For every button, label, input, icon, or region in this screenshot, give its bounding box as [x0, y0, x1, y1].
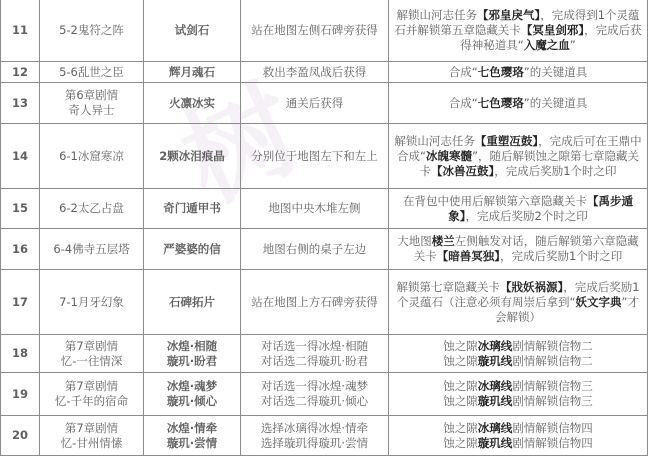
use-text: 剧情解锁信物四 — [512, 421, 593, 435]
use-line: 蚀之隙冰璃线剧情解锁信物二 — [393, 339, 643, 354]
row-number: 15 — [1, 189, 40, 229]
use-cell: 蚀之隙冰璃线剧情解锁信物三蚀之隙璇玑线剧情解锁信物三 — [389, 373, 648, 416]
location-cell: 站在地图左侧石碑旁获得 — [241, 0, 389, 62]
use-cell: 合成“七色璎珞”的关键道具 — [389, 83, 648, 124]
item-cell: 2颗冰泪痕晶 — [144, 124, 241, 189]
row-number: 14 — [1, 124, 40, 189]
location-line: 对话选一得冰煌·魂梦 — [245, 379, 384, 394]
keyword: 【暗兽冥独】 — [437, 249, 500, 263]
level-line: 奇人异士 — [44, 103, 139, 118]
item-line: 奇门遁甲书 — [148, 201, 236, 216]
use-text: 蚀之隙 — [443, 436, 478, 450]
use-text: 蚀之隙 — [443, 421, 478, 435]
keyword: 七色璎珞 — [478, 96, 524, 110]
location-line: 对话选一得冰煌·相随 — [245, 339, 384, 354]
table-row: 13第6章剧情奇人异士火凛冰实通关后获得合成“七色璎珞”的关键道具 — [1, 83, 648, 124]
item-cell: 冰煌·魂梦璇玑·倾心 — [144, 373, 241, 416]
level-line: 第6章剧情 — [44, 88, 139, 103]
use-cell: 合成“七色璎珞”的关键道具 — [389, 62, 648, 83]
keyword: 【重塑冱鼓】 — [475, 134, 538, 148]
location-line: 对话选二得璇玑·倾心 — [245, 394, 384, 409]
row-number: 17 — [1, 270, 40, 335]
level-cell: 5-6乱世之臣 — [40, 62, 144, 83]
row-number: 13 — [1, 83, 40, 124]
use-text: 解锁山河志任务 — [394, 134, 475, 148]
keyword: 楼兰 — [432, 234, 455, 248]
use-cell: 蚀之隙冰璃线剧情解锁信物四蚀之隙璇玑线剧情解锁信物四 — [389, 416, 648, 456]
use-text: 在背包中使用后解锁第六章隐藏关卡 — [403, 194, 587, 208]
use-line: 蚀之隙冰璃线剧情解锁信物三 — [393, 379, 643, 394]
location-line: 选择冰璃得冰煌·情牵 — [245, 421, 384, 436]
level-cell: 6-4佛寺五层塔 — [40, 229, 144, 270]
item-cell: 辉月魂石 — [144, 62, 241, 83]
row-number: 20 — [1, 416, 40, 456]
location-line: 站在地图左侧石碑旁获得 — [245, 23, 384, 38]
location-cell: 地图中央木堆左侧 — [241, 189, 389, 229]
location-cell: 对话选一得冰煌·魂梦对话选二得璇玑·倾心 — [241, 373, 389, 416]
level-cell: 7-1月牙幻象 — [40, 270, 144, 335]
item-line: 试剑石 — [148, 23, 236, 38]
level-cell: 第7章剧情忆-千年的宿命 — [40, 373, 144, 416]
use-cell: 蚀之隙冰璃线剧情解锁信物二蚀之隙璇玑线剧情解锁信物二 — [389, 335, 648, 373]
location-line: 通关后获得 — [245, 96, 384, 111]
level-line: 7-1月牙幻象 — [44, 295, 139, 310]
row-number: 12 — [1, 62, 40, 83]
level-cell: 5-2鬼符之阵 — [40, 0, 144, 62]
use-cell: 在背包中使用后解锁第六章隐藏关卡【禹步遁象】，完成后奖励2个时之印 — [389, 189, 648, 229]
use-text: 剧情解锁信物三 — [512, 379, 593, 393]
table-row: 166-4佛寺五层塔严婆婆的信地图右侧的桌子左边大地图楼兰左侧触发对话，随后解锁… — [1, 229, 648, 270]
use-text: ，完成后奖励1个时之印 — [494, 164, 616, 178]
use-text: 大地图 — [397, 234, 432, 248]
use-text: 解锁第七章隐藏关卡 — [396, 280, 500, 294]
item-cell: 火凛冰实 — [144, 83, 241, 124]
use-text: 剧情解锁信物三 — [512, 394, 593, 408]
level-line: 第7章剧情 — [44, 379, 139, 394]
location-cell: 对话选一得冰煌·相随对话选二得璇玑·盼君 — [241, 335, 389, 373]
use-line: 蚀之隙璇玑线剧情解锁信物四 — [393, 436, 643, 451]
location-cell: 救出李盈凤战后获得 — [241, 62, 389, 83]
use-line: 蚀之隙冰璃线剧情解锁信物四 — [393, 421, 643, 436]
use-text: 蚀之隙 — [443, 394, 478, 408]
use-text: 合成“ — [449, 65, 478, 79]
level-line: 第7章剧情 — [44, 421, 139, 436]
item-line: 冰煌·相随 — [148, 339, 236, 354]
item-line: 严婆婆的信 — [148, 242, 236, 257]
location-line: 分别位于地图左下和左上 — [245, 149, 384, 164]
row-number: 19 — [1, 373, 40, 416]
item-cell: 冰煌·情牵璇玑·尝情 — [144, 416, 241, 456]
use-text: 解锁山河志任务 — [396, 8, 477, 22]
level-cell: 第7章剧情忆-甘州情愫 — [40, 416, 144, 456]
table-row: 115-2鬼符之阵试剑石站在地图左侧石碑旁获得解锁山河志任务【邪皇戾气】，完成得… — [1, 0, 648, 62]
table-row: 125-6乱世之臣辉月魂石救出李盈凤战后获得合成“七色璎珞”的关键道具 — [1, 62, 648, 83]
location-cell: 地图右侧的桌子左边 — [241, 229, 389, 270]
keyword: 七色璎珞 — [478, 65, 524, 79]
level-cell: 6-2太乙占盘 — [40, 189, 144, 229]
item-cell: 石碑拓片 — [144, 270, 241, 335]
location-cell: 选择冰璃得冰煌·情牵选择璇玑得璇玑·尝情 — [241, 416, 389, 456]
item-line: 冰煌·魂梦 — [148, 379, 236, 394]
location-line: 救出李盈凤战后获得 — [245, 65, 384, 80]
keyword: 【邪皇戾气】 — [477, 8, 540, 22]
table-row: 20第7章剧情忆-甘州情愫冰煌·情牵璇玑·尝情选择冰璃得冰煌·情牵选择璇玑得璇玑… — [1, 416, 648, 456]
level-line: 忆-千年的宿命 — [44, 394, 139, 409]
use-text: ” — [570, 38, 576, 52]
use-cell: 解锁第七章隐藏关卡【戕妖祸源】，完成后奖励1个灵蕴石（注意必须有周崇后拿到“妖文… — [389, 270, 648, 335]
keyword: 璇玑线 — [478, 394, 513, 408]
level-line: 忆-一往情深 — [44, 354, 139, 369]
use-text: 剧情解锁信物二 — [512, 354, 593, 368]
use-cell: 解锁山河志任务【重塑冱鼓】，完成后可在王鼎中合成“冰魄寒髓”，随后解锁蚀之隙第七… — [389, 124, 648, 189]
item-line: 璇玑·倾心 — [148, 394, 236, 409]
row-number: 11 — [1, 0, 40, 62]
keyword: 冰璃线 — [478, 379, 513, 393]
use-text: ，完成后奖励1个时之印 — [500, 249, 622, 263]
level-line: 忆-甘州情愫 — [44, 436, 139, 451]
keyword: 冰璃线 — [478, 421, 513, 435]
level-line: 5-2鬼符之阵 — [44, 23, 139, 38]
item-cell: 试剑石 — [144, 0, 241, 62]
table-row: 146-1冰窟寒凉2颗冰泪痕晶分别位于地图左下和左上解锁山河志任务【重塑冱鼓】，… — [1, 124, 648, 189]
table-row: 156-2太乙占盘奇门遁甲书地图中央木堆左侧在背包中使用后解锁第六章隐藏关卡【禹… — [1, 189, 648, 229]
use-text: 蚀之隙 — [443, 339, 478, 353]
item-line: 石碑拓片 — [148, 295, 236, 310]
item-line: 2颗冰泪痕晶 — [148, 149, 236, 164]
keyword: 冰魄寒髓 — [426, 149, 472, 163]
item-cell: 冰煌·相随璇玑·盼君 — [144, 335, 241, 373]
use-text: ”的关键道具 — [524, 65, 587, 79]
location-line: 选择璇玑得璇玑·尝情 — [245, 436, 384, 451]
use-line: 蚀之隙璇玑线剧情解锁信物二 — [393, 354, 643, 369]
item-line: 冰煌·情牵 — [148, 421, 236, 436]
keyword: 璇玑线 — [478, 436, 513, 450]
item-line: 璇玑·尝情 — [148, 436, 236, 451]
table-body: 115-2鬼符之阵试剑石站在地图左侧石碑旁获得解锁山河志任务【邪皇戾气】，完成得… — [1, 0, 648, 456]
use-text: ”的关键道具 — [524, 96, 587, 110]
keyword: 【冥皇剑邪】 — [521, 23, 584, 37]
row-number: 18 — [1, 335, 40, 373]
location-cell: 通关后获得 — [241, 83, 389, 124]
item-cell: 奇门遁甲书 — [144, 189, 241, 229]
table-row: 177-1月牙幻象石碑拓片站在地图上方石碑旁获得解锁第七章隐藏关卡【戕妖祸源】，… — [1, 270, 648, 335]
level-line: 6-4佛寺五层塔 — [44, 242, 139, 257]
item-line: 辉月魂石 — [148, 65, 236, 80]
location-line: 地图右侧的桌子左边 — [245, 242, 384, 257]
row-number: 16 — [1, 229, 40, 270]
level-line: 第7章剧情 — [44, 339, 139, 354]
level-line: 6-2太乙占盘 — [44, 201, 139, 216]
table-row: 19第7章剧情忆-千年的宿命冰煌·魂梦璇玑·倾心对话选一得冰煌·魂梦对话选二得璇… — [1, 373, 648, 416]
use-text: 蚀之隙 — [443, 354, 478, 368]
keyword: 妖文字典 — [576, 295, 622, 309]
level-line: 5-6乱世之臣 — [44, 65, 139, 80]
use-text: 合成“ — [449, 96, 478, 110]
keyword: 【戕妖祸源】 — [500, 280, 563, 294]
location-line: 对话选二得璇玑·盼君 — [245, 354, 384, 369]
location-cell: 站在地图上方石碑旁获得 — [241, 270, 389, 335]
keyword: 【冰兽冱鼓】 — [431, 164, 494, 178]
level-cell: 第6章剧情奇人异士 — [40, 83, 144, 124]
item-line: 火凛冰实 — [148, 96, 236, 111]
use-cell: 解锁山河志任务【邪皇戾气】，完成得到1个灵蕴石并解锁第五章隐藏关卡【冥皇剑邪】，… — [389, 0, 648, 62]
item-cell: 严婆婆的信 — [144, 229, 241, 270]
location-line: 地图中央木堆左侧 — [245, 201, 384, 216]
location-line: 站在地图上方石碑旁获得 — [245, 295, 384, 310]
level-line: 6-1冰窟寒凉 — [44, 149, 139, 164]
table-row: 18第7章剧情忆-一往情深冰煌·相随璇玑·盼君对话选一得冰煌·相随对话选二得璇玑… — [1, 335, 648, 373]
use-line: 蚀之隙璇玑线剧情解锁信物三 — [393, 394, 643, 409]
use-text: ，完成后奖励2个时之印 — [465, 209, 587, 223]
keyword: 冰璃线 — [478, 339, 513, 353]
level-cell: 第7章剧情忆-一往情深 — [40, 335, 144, 373]
use-text: 剧情解锁信物四 — [512, 436, 593, 450]
use-text: 蚀之隙 — [443, 379, 478, 393]
keyword: 璇玑线 — [478, 354, 513, 368]
location-cell: 分别位于地图左下和左上 — [241, 124, 389, 189]
item-line: 璇玑·盼君 — [148, 354, 236, 369]
item-guide-table: 115-2鬼符之阵试剑石站在地图左侧石碑旁获得解锁山河志任务【邪皇戾气】，完成得… — [0, 0, 648, 456]
use-text: 剧情解锁信物二 — [512, 339, 593, 353]
keyword: 入魔之血 — [524, 38, 570, 52]
level-cell: 6-1冰窟寒凉 — [40, 124, 144, 189]
use-cell: 大地图楼兰左侧触发对话，随后解锁第六章隐藏关卡【暗兽冥独】，完成后奖励1个时之印 — [389, 229, 648, 270]
